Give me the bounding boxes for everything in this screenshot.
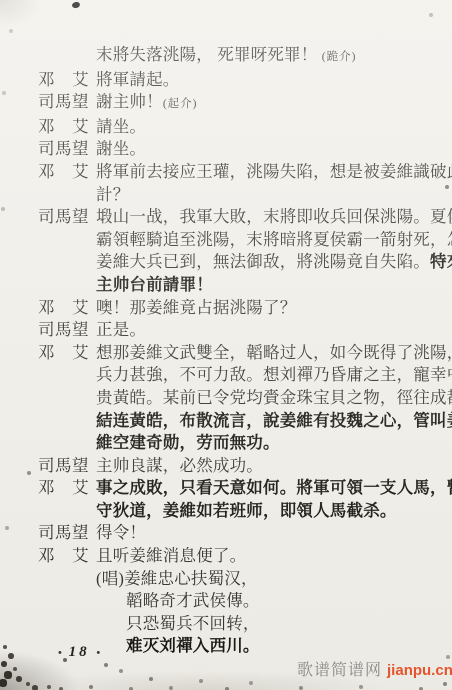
dialogue-text: 請坐。: [96, 117, 146, 136]
dialogue-line: 只恐蜀兵不回转，: [96, 613, 434, 636]
dialogue-text: 塅山一战，我軍大敗，末將即收兵回保洮陽。夏侯: [96, 207, 452, 226]
script-row: 司馬望正是。: [38, 319, 434, 342]
script-row: 司馬望謝主帅！(起介): [38, 91, 434, 116]
dialogue-line: 难灭刘禪入西川。: [96, 635, 434, 658]
dialogue-block: 末將失落洮陽， 死罪呀死罪！ (跪介): [96, 44, 434, 69]
dialogue-text: 姜維忠心扶蜀汉，: [124, 569, 258, 588]
dialogue-block: 噢！那姜維竟占据洮陽了？: [96, 297, 434, 320]
script-row: 司馬望謝坐。: [38, 138, 434, 161]
dialogue-block: 謝坐。: [96, 138, 434, 161]
dialogue-line: 霸領輕騎追至洮陽，末將暗將夏侯霸一箭射死，怎奈: [96, 229, 434, 252]
dialogue-text: 得令！: [96, 523, 146, 542]
speaker-name: 邓 艾: [38, 477, 96, 500]
dialogue-text: 难灭刘禪入西川。: [126, 636, 260, 655]
script-row: 司馬望得令！: [38, 522, 434, 545]
dialogue-line: 姜維大兵已到，無法御敌，將洮陽竟自失陷。特來: [96, 251, 434, 274]
dialogue-text: 主帅台前請罪！: [96, 275, 213, 294]
dialogue-line: 結连黃皓，布散流言，說姜維有投魏之心，管叫姜: [96, 410, 434, 433]
speaker-name: 司馬望: [38, 91, 96, 114]
dialogue-line: 得令！: [96, 522, 434, 545]
dialogue-line: 末將失落洮陽， 死罪呀死罪！ (跪介): [96, 44, 434, 69]
stage-direction: (起介): [163, 98, 198, 110]
dialogue-line: 謝坐。: [96, 138, 434, 161]
speaker-name: 司馬望: [38, 455, 96, 478]
dialogue-line: 將軍前去接应王瓘，洮陽失陷，想是被姜維識破此: [96, 161, 434, 184]
speaker-name: 邓 艾: [38, 297, 96, 320]
dialogue-line: 正是。: [96, 319, 434, 342]
dialogue-line: 計？: [96, 184, 434, 207]
dialogue-line: 想那姜維文武雙全，韜略过人，如今既得了洮陽，: [96, 342, 434, 365]
dialogue-block: 請坐。: [96, 116, 434, 139]
dialogue-block: 塅山一战，我軍大敗，末將即收兵回保洮陽。夏侯霸領輕騎追至洮陽，末將暗將夏侯霸一箭…: [96, 206, 434, 296]
dialogue-block: 且听姜維消息便了。(唱)姜維忠心扶蜀汉，韜略奇才武侯傳。只恐蜀兵不回转，难灭刘禪…: [96, 545, 434, 658]
dialogue-line: 事之成敗，只看天意如何。將軍可領一支人馬，暫: [96, 477, 434, 500]
page-number: • 18 •: [58, 644, 100, 661]
dialogue-text: 末將失落洮陽， 死罪呀死罪！: [96, 45, 322, 64]
stage-direction: (跪介): [322, 51, 357, 63]
dialogue-text: 只恐蜀兵不回转，: [126, 614, 260, 633]
speaker-name: 司馬望: [38, 138, 96, 161]
dialogue-text: 主帅良謀，必然成功。: [96, 456, 263, 475]
page-number-dot-right: •: [96, 647, 100, 659]
dialogue-line: 且听姜維消息便了。: [96, 545, 434, 568]
script-row: 邓 艾且听姜維消息便了。(唱)姜維忠心扶蜀汉，韜略奇才武侯傳。只恐蜀兵不回转，难…: [38, 545, 434, 658]
dialogue-text: 維空建奇勋，劳而無功。: [96, 433, 280, 452]
dialogue-line: (唱)姜維忠心扶蜀汉，: [96, 568, 434, 591]
speaker-name: 邓 艾: [38, 342, 96, 365]
dialogue-text: 想那姜維文武雙全，韜略过人，如今既得了洮陽，: [96, 343, 452, 362]
script-body: 末將失落洮陽， 死罪呀死罪！ (跪介)邓 艾將軍請起。司馬望謝主帅！(起介)邓 …: [0, 0, 452, 658]
dialogue-text: 特來: [430, 252, 452, 271]
dialogue-block: 將軍前去接应王瓘，洮陽失陷，想是被姜維識破此計？: [96, 161, 434, 206]
speaker-name: 邓 艾: [38, 116, 96, 139]
dialogue-block: 謝主帅！(起介): [96, 91, 434, 116]
dialogue-line: 請坐。: [96, 116, 434, 139]
dialogue-block: 主帅良謀，必然成功。: [96, 455, 434, 478]
speaker-name: 邓 艾: [38, 69, 96, 92]
dialogue-line: 主帅台前請罪！: [96, 274, 434, 297]
dialogue-line: 維空建奇勋，劳而無功。: [96, 432, 434, 455]
dialogue-text: 事之成敗，只看天意如何。將軍可領一支人馬，暫: [96, 478, 452, 497]
dialogue-text: (唱): [96, 569, 124, 588]
dialogue-block: 得令！: [96, 522, 434, 545]
speaker-name: 邓 艾: [38, 545, 96, 568]
dialogue-text: 正是。: [96, 320, 146, 339]
watermark: 歌谱简谱网 jianpu.cn: [297, 657, 452, 680]
dialogue-line: 韜略奇才武侯傳。: [96, 590, 434, 613]
dialogue-text: 謝坐。: [96, 139, 146, 158]
scan-noise: [0, 0, 2, 2]
script-row: 司馬望塅山一战，我軍大敗，末將即收兵回保洮陽。夏侯霸領輕騎追至洮陽，末將暗將夏侯…: [38, 206, 434, 296]
script-row: 邓 艾將軍請起。: [38, 69, 434, 92]
dialogue-text: 兵力甚強，不可力敌。想刘禪乃昏庸之主，寵幸中: [96, 365, 452, 384]
page-number-value: 18: [69, 644, 90, 660]
dialogue-line: 將軍請起。: [96, 69, 434, 92]
dialogue-text: 謝主帅！: [96, 92, 163, 111]
dialogue-line: 主帅良謀，必然成功。: [96, 455, 434, 478]
dialogue-line: 兵力甚強，不可力敌。想刘禪乃昏庸之主，寵幸中: [96, 364, 434, 387]
dialogue-text: 守狄道，姜維如若班师，即領人馬截杀。: [96, 501, 397, 520]
script-row: 邓 艾將軍前去接应王瓘，洮陽失陷，想是被姜維識破此計？: [38, 161, 434, 206]
scanned-page: 末將失落洮陽， 死罪呀死罪！ (跪介)邓 艾將軍請起。司馬望謝主帅！(起介)邓 …: [0, 0, 452, 690]
dialogue-text: 霸領輕騎追至洮陽，末將暗將夏侯霸一箭射死，怎奈: [96, 230, 452, 249]
speaker-name: 司馬望: [38, 522, 96, 545]
dialogue-line: 噢！那姜維竟占据洮陽了？: [96, 297, 434, 320]
dialogue-text: 且听姜維消息便了。: [96, 546, 246, 565]
watermark-site-name: 歌谱简谱网: [297, 662, 382, 679]
dialogue-line: 守狄道，姜維如若班师，即領人馬截杀。: [96, 500, 434, 523]
speaker-name: 司馬望: [38, 319, 96, 342]
dialogue-text: 噢！那姜維竟占据洮陽了？: [96, 298, 296, 317]
dialogue-block: 事之成敗，只看天意如何。將軍可領一支人馬，暫守狄道，姜維如若班师，即領人馬截杀。: [96, 477, 434, 522]
dialogue-text: 結连黃皓，布散流言，說姜維有投魏之心，管叫姜: [96, 411, 452, 430]
dialogue-text: 贵黃皓。某前已令党均賫金珠宝貝之物，徑往成都，: [96, 388, 452, 407]
dialogue-text: 將軍請起。: [96, 70, 180, 89]
dialogue-text: 姜維大兵已到，無法御敌，將洮陽竟自失陷。: [96, 252, 430, 271]
dialogue-text: 計？: [96, 185, 129, 204]
dialogue-block: 正是。: [96, 319, 434, 342]
watermark-domain: jianpu.cn: [387, 662, 452, 679]
script-row: 末將失落洮陽， 死罪呀死罪！ (跪介): [38, 44, 434, 69]
script-row: 邓 艾想那姜維文武雙全，韜略过人，如今既得了洮陽，兵力甚強，不可力敌。想刘禪乃昏…: [38, 342, 434, 455]
dialogue-block: 將軍請起。: [96, 69, 434, 92]
dialogue-text: 韜略奇才武侯傳。: [126, 591, 260, 610]
script-row: 司馬望主帅良謀，必然成功。: [38, 455, 434, 478]
script-row: 邓 艾請坐。: [38, 116, 434, 139]
speaker-name: 司馬望: [38, 206, 96, 229]
speaker-name: 邓 艾: [38, 161, 96, 184]
dialogue-line: 塅山一战，我軍大敗，末將即收兵回保洮陽。夏侯: [96, 206, 434, 229]
script-row: 邓 艾事之成敗，只看天意如何。將軍可領一支人馬，暫守狄道，姜維如若班师，即領人馬…: [38, 477, 434, 522]
dialogue-line: 贵黃皓。某前已令党均賫金珠宝貝之物，徑往成都，: [96, 387, 434, 410]
page-number-dot-left: •: [58, 647, 62, 659]
dialogue-block: 想那姜維文武雙全，韜略过人，如今既得了洮陽，兵力甚強，不可力敌。想刘禪乃昏庸之主…: [96, 342, 434, 455]
dialogue-text: 將軍前去接应王瓘，洮陽失陷，想是被姜維識破此: [96, 162, 452, 181]
dialogue-line: 謝主帅！(起介): [96, 91, 434, 116]
script-row: 邓 艾噢！那姜維竟占据洮陽了？: [38, 297, 434, 320]
